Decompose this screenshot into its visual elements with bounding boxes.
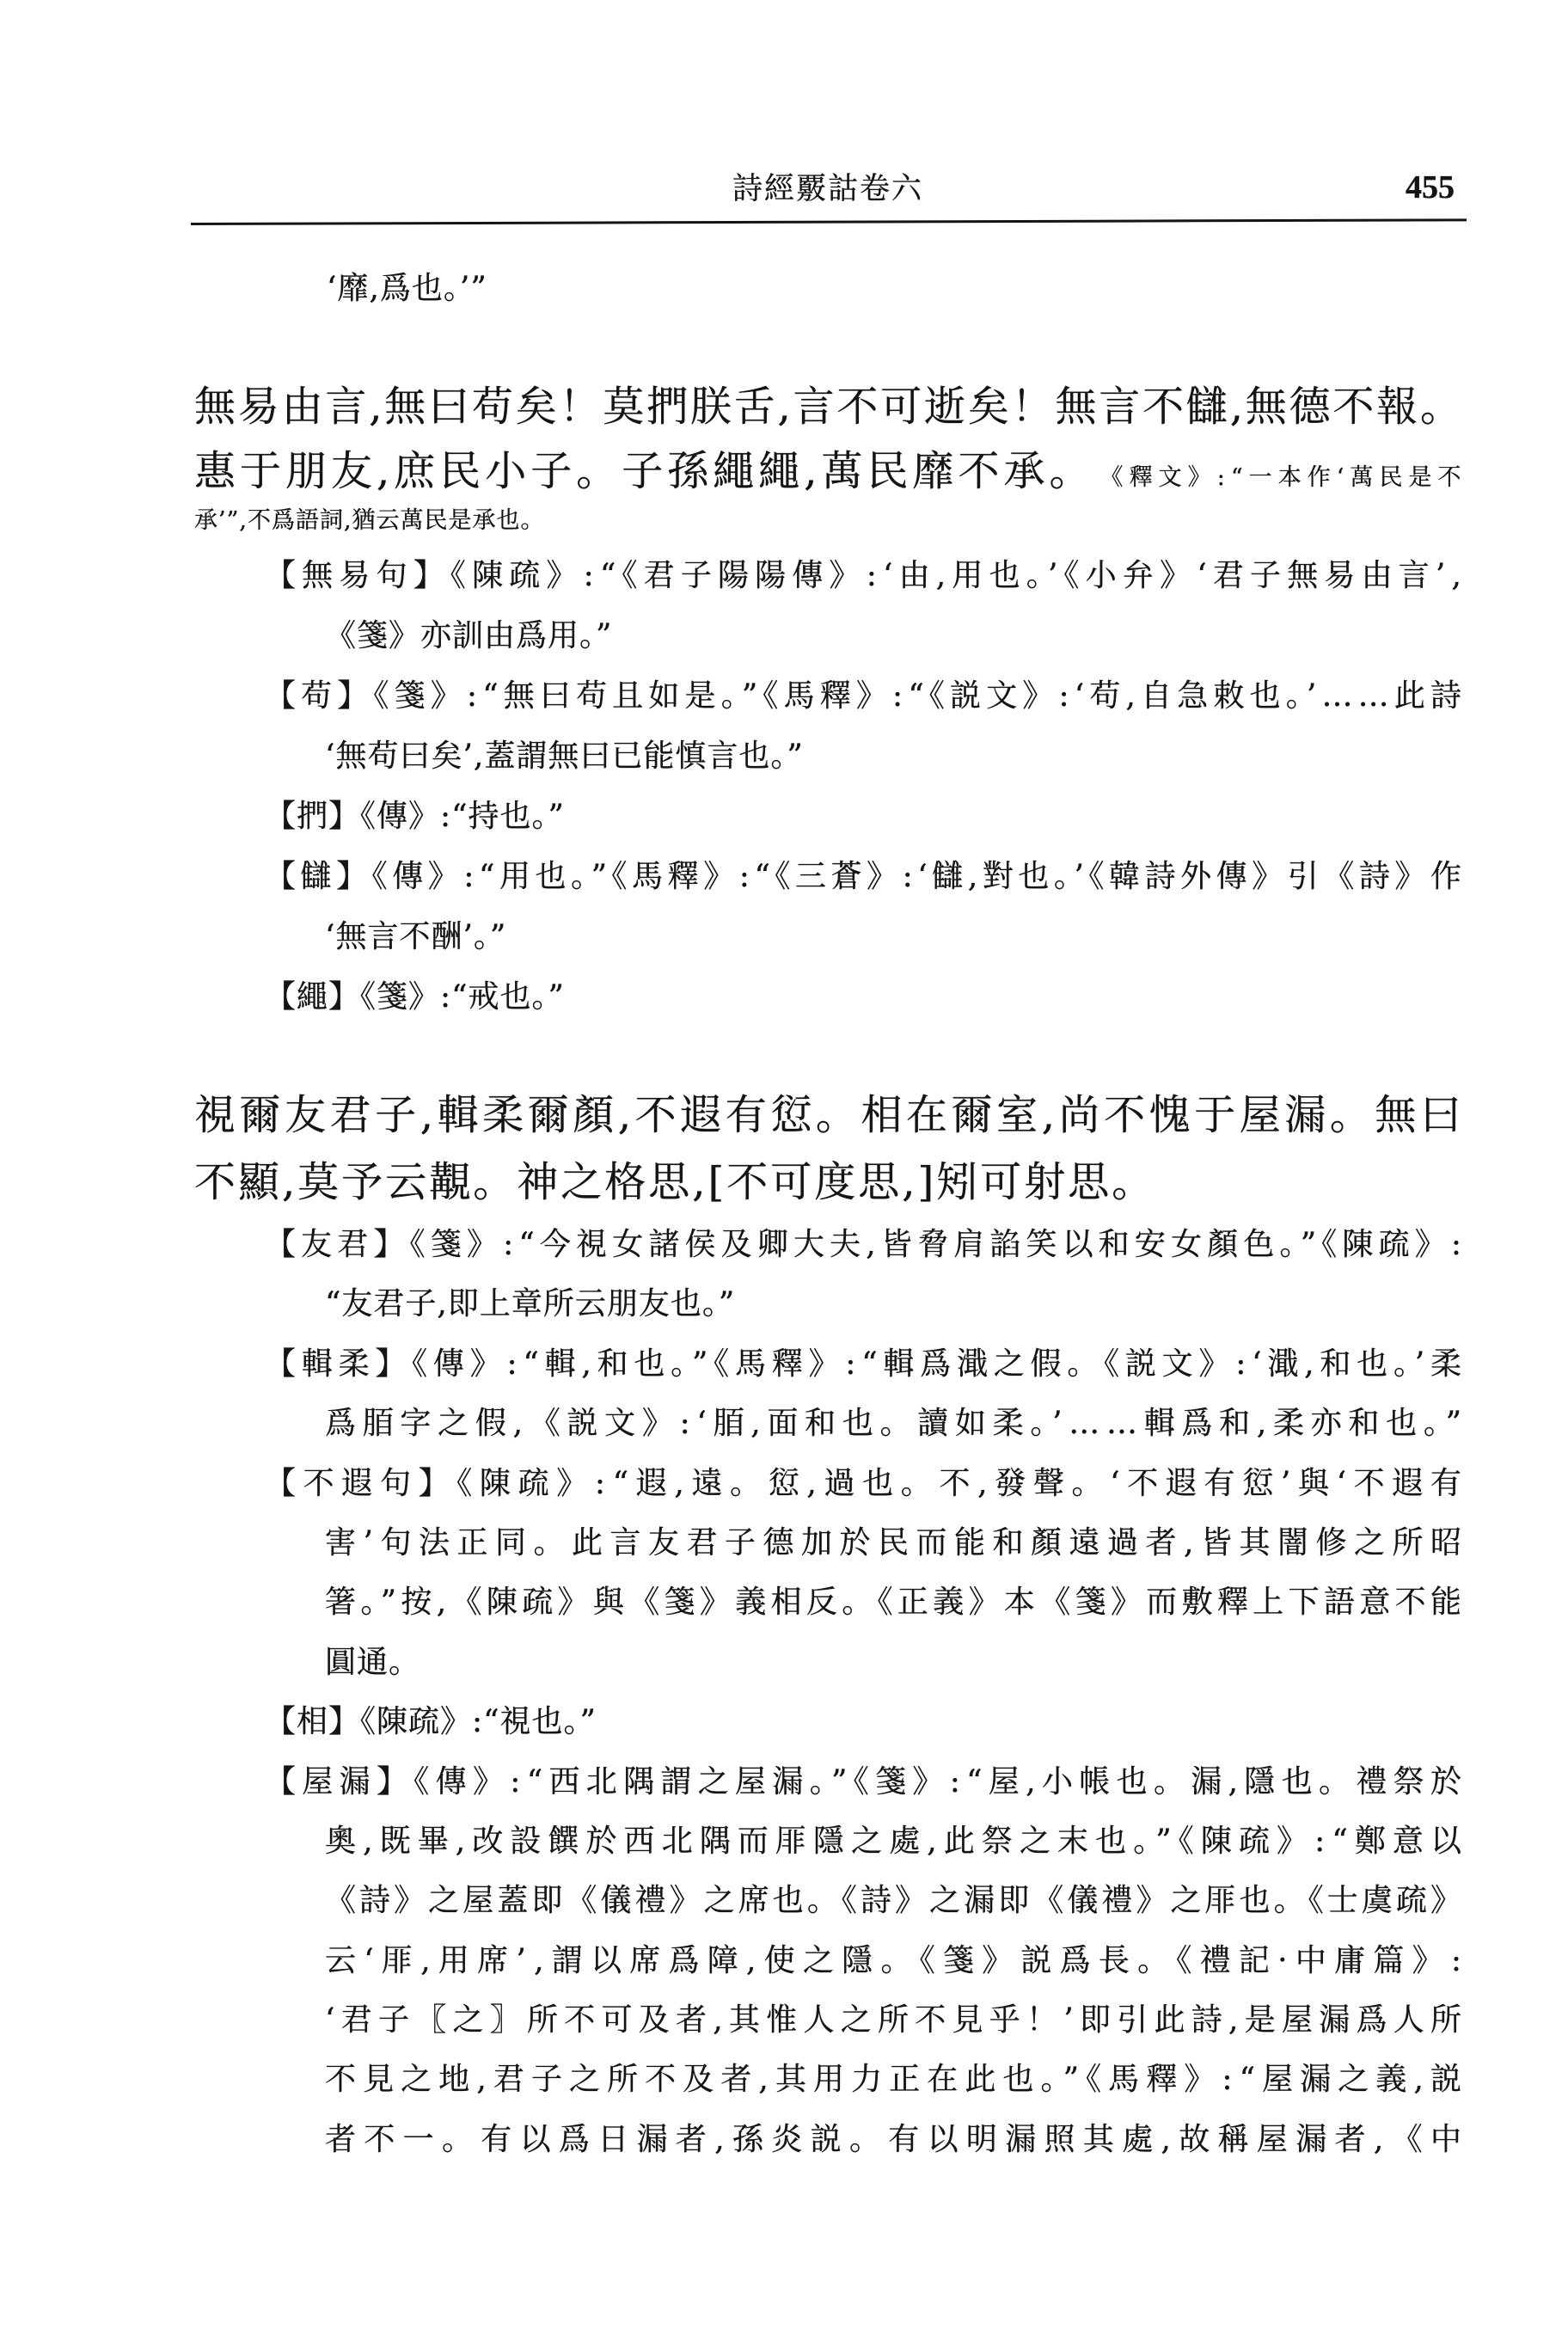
annotation-entry: 【相】《陳疏》:“視也。” [265, 1692, 1461, 1751]
annotation-term: 【苟】 [265, 678, 373, 714]
verse-line: 惠于朋友,庶民小子。子孫繩繩,萬民靡不承。 《釋文》:“一本作‘萬民是不 [194, 439, 1461, 504]
line-text: 視爾友君子,輯柔爾顏,不遐有愆。相在爾室,尚不愧于屋漏。無曰 [194, 1082, 1466, 1149]
line-text: 《陳疏》:“遐,遠。愆,過也。不,發聲。‘不遐有愆’與‘不遐有 [456, 1466, 1468, 1501]
verse-line: 不顯,莫予云覯。神之格思,[不可度思,]矧可射思。 [194, 1149, 1461, 1216]
header-rule [191, 218, 1467, 225]
annotation-line: ‘靡,爲也。’” [327, 267, 1461, 310]
line-text: 云‘厞,用席’,謂以席爲障,使之隱。《箋》説爲長。《禮記·中庸篇》: [325, 1931, 1469, 1990]
stanza-2-annotations: 【友君】《箋》:“今視女諸侯及卿大夫,皆脅肩諂笑以和安女顏色。”《陳疏》: “友… [265, 1215, 1461, 2169]
line-text: ‘無苟曰矣’,蓋謂無曰已能慎言也。” [325, 727, 804, 787]
line-text: 《陳疏》:“視也。” [360, 1704, 597, 1739]
running-title: 詩經覈詁卷六 [194, 167, 1461, 212]
line-text: 惠于朋友,庶民小子。子孫繩繩,萬民靡不承。 [194, 439, 1095, 504]
annotation-entry: 【繩】《箋》:“戒也。” [265, 967, 1461, 1027]
line-text: 箸。”按,《陳疏》與《箋》義相反。《正義》本《箋》而敷釋上下語意不能 [325, 1573, 1466, 1632]
annotation-line: 【無易句】《陳疏》:“《君子陽陽傳》:‘由,用也。’《小弁》‘君子無易由言’, [265, 546, 1461, 606]
annotation-line: 圓通。 [325, 1633, 1461, 1692]
annotation-line: 害’句法正同。此言友君子德加於民而能和顏遠過者,皆其闇修之所昭 [325, 1513, 1461, 1573]
line-text: 圓通。 [325, 1633, 420, 1692]
annotation-entry: 【讎】《傳》:“用也。”《馬釋》:“《三蒼》:‘讎,對也。’《韓詩外傳》引《詩》… [265, 847, 1461, 967]
annotation-line: 《詩》之屋蓋即《儀禮》之席也。《詩》之漏即《儀禮》之厞也。《士虞疏》 [325, 1871, 1461, 1930]
inline-note-continuation: 承’”,不爲語詞,猶云萬民是承也。 [194, 504, 1461, 538]
line-content: 【相】《陳疏》:“視也。” [265, 1692, 597, 1751]
line-text: 害’句法正同。此言友君子德加於民而能和顏遠過者,皆其闇修之所昭 [325, 1513, 1469, 1573]
page-number: 455 [1341, 165, 1455, 210]
annotation-term: 【不遐句】 [265, 1466, 456, 1501]
line-text: 者不一。有以爲日漏者,孫炎説。有以明漏照其處,故稱屋漏者,《中 [325, 2110, 1469, 2169]
annotation-line: 【繩】《箋》:“戒也。” [265, 967, 1461, 1027]
annotation-entry: 【屋漏】《傳》:“西北隅謂之屋漏。”《箋》:“屋,小帳也。漏,隱也。禮祭於 奧,… [265, 1752, 1461, 2170]
line-text: “友君子,即上章所云朋友也。” [325, 1274, 735, 1334]
annotation-entry: 【捫】《傳》:“持也。” [265, 787, 1461, 847]
line-text: 《傳》:“持也。” [360, 799, 565, 834]
annotation-term: 【輯柔】 [265, 1346, 412, 1382]
line-content: 【苟】《箋》:“無曰苟且如是。”《馬釋》:“《説文》:‘苟,自急敕也。’……此詩 [265, 666, 1467, 727]
stanza-2-verse: 視爾友君子,輯柔爾顏,不遐有愆。相在爾室,尚不愧于屋漏。無曰 不顯,莫予云覯。神… [194, 1082, 1461, 1216]
line-text: 無易由言,無曰苟矣！莫捫朕舌,言不可逝矣！無言不讎,無德不報。 [194, 375, 1464, 439]
annotation-term: 【無易句】 [265, 558, 450, 593]
inline-note: 《釋文》:“一本作‘萬民是不 [1100, 445, 1461, 510]
annotation-entry: 【無易句】《陳疏》:“《君子陽陽傳》:‘由,用也。’《小弁》‘君子無易由言’, … [265, 546, 1461, 666]
annotation-term: 【友君】 [265, 1227, 410, 1262]
note-text: 《釋文》:“一本作‘萬民是不 [1100, 445, 1467, 510]
line-text: 《箋》:“無曰苟且如是。”《馬釋》:“《説文》:‘苟,自急敕也。’……此詩 [373, 678, 1467, 714]
annotation-line: 【相】《陳疏》:“視也。” [265, 1692, 1461, 1751]
line-content: 【友君】《箋》:“今視女諸侯及卿大夫,皆脅肩諂笑以和安女顏色。”《陳疏》: [265, 1215, 1467, 1274]
stanza-1-verse: 無易由言,無曰苟矣！莫捫朕舌,言不可逝矣！無言不讎,無德不報。 惠于朋友,庶民小… [194, 375, 1461, 504]
annotation-line: 箸。”按,《陳疏》與《箋》義相反。《正義》本《箋》而敷釋上下語意不能 [325, 1573, 1461, 1632]
line-text: 《傳》:“輯,和也。”《馬釋》:“輯爲濈之假。《説文》:‘濈,和也。’柔 [412, 1346, 1467, 1382]
annotation-line: ‘無言不酬’。” [325, 907, 1461, 967]
line-text: 《箋》:“戒也。” [360, 979, 565, 1015]
annotation-entry: 【不遐句】《陳疏》:“遐,遠。愆,過也。不,發聲。‘不遐有愆’與‘不遐有 害’句… [265, 1454, 1461, 1693]
annotation-line: 【讎】《傳》:“用也。”《馬釋》:“《三蒼》:‘讎,對也。’《韓詩外傳》引《詩》… [265, 847, 1461, 907]
line-content: 【讎】《傳》:“用也。”《馬釋》:“《三蒼》:‘讎,對也。’《韓詩外傳》引《詩》… [265, 847, 1467, 907]
stanza-1-annotations: 【無易句】《陳疏》:“《君子陽陽傳》:‘由,用也。’《小弁》‘君子無易由言’, … [265, 546, 1461, 1027]
verse-line: 無易由言,無曰苟矣！莫捫朕舌,言不可逝矣！無言不讎,無德不報。 [194, 375, 1461, 439]
annotation-line: 不見之地,君子之所不及者,其用力正在此也。”《馬釋》:“屋漏之義,説 [325, 2050, 1461, 2109]
line-text: 《詩》之屋蓋即《儀禮》之席也。《詩》之漏即《儀禮》之厞也。《士虞疏》 [325, 1871, 1465, 1930]
line-text: ‘君子〖之〗所不可及者,其惟人之所不見乎！’即引此詩,是屋漏爲人所 [325, 1990, 1467, 2050]
note-line: 承’”,不爲語詞,猶云萬民是承也。 [194, 504, 1461, 538]
annotation-line: 【友君】《箋》:“今視女諸侯及卿大夫,皆脅肩諂笑以和安女顏色。”《陳疏》: [265, 1215, 1461, 1274]
annotation-line: ‘無苟曰矣’,蓋謂無曰已能慎言也。” [325, 727, 1461, 787]
annotation-line: 【屋漏】《傳》:“西北隅謂之屋漏。”《箋》:“屋,小帳也。漏,隱也。禮祭於 [265, 1752, 1461, 1812]
line-text: ‘靡,爲也。’” [327, 267, 487, 310]
line-text: 奧,既畢,改設饌於西北隅而厞隱之處,此祭之末也。”《陳疏》:“鄭意以 [325, 1812, 1468, 1871]
line-text: ‘無言不酬’。” [325, 907, 506, 967]
book-page: 詩經覈詁卷六 455 ‘靡,爲也。’” 無易由言,無曰苟矣！莫捫朕舌,言不可逝矣… [0, 0, 1568, 2336]
line-content: 【繩】《箋》:“戒也。” [265, 967, 565, 1027]
line-content: 【屋漏】《傳》:“西北隅謂之屋漏。”《箋》:“屋,小帳也。漏,隱也。禮祭於 [265, 1752, 1467, 1812]
line-text: 《傳》:“用也。”《馬釋》:“《三蒼》:‘讎,對也。’《韓詩外傳》引《詩》作 [372, 859, 1467, 894]
annotation-entry: 【友君】《箋》:“今視女諸侯及卿大夫,皆脅肩諂笑以和安女顏色。”《陳疏》: “友… [265, 1215, 1461, 1334]
annotation-term: 【屋漏】 [265, 1764, 413, 1800]
line-content: 【不遐句】《陳疏》:“遐,遠。愆,過也。不,發聲。‘不遐有愆’與‘不遐有 [265, 1454, 1469, 1513]
annotation-line: ‘君子〖之〗所不可及者,其惟人之所不見乎！’即引此詩,是屋漏爲人所 [325, 1990, 1461, 2050]
line-content: 【無易句】《陳疏》:“《君子陽陽傳》:‘由,用也。’《小弁》‘君子無易由言’, [265, 546, 1467, 606]
annotation-term: 【相】 [265, 1704, 360, 1739]
line-text: 爲脜字之假,《説文》:‘脜,面和也。讀如柔。’……輯爲和,柔亦和也。” [325, 1394, 1468, 1453]
verse-line: 視爾友君子,輯柔爾顏,不遐有愆。相在爾室,尚不愧于屋漏。無曰 [194, 1082, 1461, 1149]
annotation-term: 【讎】 [265, 859, 372, 894]
line-content: 【捫】《傳》:“持也。” [265, 787, 565, 847]
annotation-line: 【不遐句】《陳疏》:“遐,遠。愆,過也。不,發聲。‘不遐有愆’與‘不遐有 [265, 1454, 1461, 1513]
annotation-term: 【繩】 [265, 979, 360, 1015]
annotation-term: 【捫】 [265, 799, 360, 834]
annotation-line: 【捫】《傳》:“持也。” [265, 787, 1461, 847]
annotation-entry: 【苟】《箋》:“無曰苟且如是。”《馬釋》:“《説文》:‘苟,自急敕也。’……此詩… [265, 666, 1461, 787]
note-text: 承’”,不爲語詞,猶云萬民是承也。 [194, 504, 545, 538]
annotation-entry: 【輯柔】《傳》:“輯,和也。”《馬釋》:“輯爲濈之假。《説文》:‘濈,和也。’柔… [265, 1334, 1461, 1454]
carryover-annotation: ‘靡,爲也。’” [327, 267, 1461, 310]
line-text: 不顯,莫予云覯。神之格思,[不可度思,]矧可射思。 [194, 1149, 1155, 1216]
line-text: 《箋》:“今視女諸侯及卿大夫,皆脅肩諂笑以和安女顏色。”《陳疏》: [410, 1227, 1467, 1262]
annotation-line: 【輯柔】《傳》:“輯,和也。”《馬釋》:“輯爲濈之假。《説文》:‘濈,和也。’柔 [265, 1334, 1461, 1394]
annotation-line: 爲脜字之假,《説文》:‘脜,面和也。讀如柔。’……輯爲和,柔亦和也。” [325, 1394, 1461, 1453]
annotation-line: “友君子,即上章所云朋友也。” [325, 1274, 1461, 1334]
line-text: 不見之地,君子之所不及者,其用力正在此也。”《馬釋》:“屋漏之義,説 [325, 2050, 1468, 2109]
annotation-line: 【苟】《箋》:“無曰苟且如是。”《馬釋》:“《説文》:‘苟,自急敕也。’……此詩 [265, 666, 1461, 727]
line-text: 《傳》:“西北隅謂之屋漏。”《箋》:“屋,小帳也。漏,隱也。禮祭於 [413, 1764, 1467, 1800]
annotation-line: 奧,既畢,改設饌於西北隅而厞隱之處,此祭之末也。”《陳疏》:“鄭意以 [325, 1812, 1461, 1871]
line-text: 《箋》亦訓由爲用。” [325, 606, 612, 666]
annotation-line: 者不一。有以爲日漏者,孫炎説。有以明漏照其處,故稱屋漏者,《中 [325, 2110, 1461, 2169]
line-text: 《陳疏》:“《君子陽陽傳》:‘由,用也。’《小弁》‘君子無易由言’, [450, 558, 1467, 593]
annotation-line: 云‘厞,用席’,謂以席爲障,使之隱。《箋》説爲長。《禮記·中庸篇》: [325, 1931, 1461, 1990]
annotation-line: 《箋》亦訓由爲用。” [325, 606, 1461, 666]
line-content: 【輯柔】《傳》:“輯,和也。”《馬釋》:“輯爲濈之假。《説文》:‘濈,和也。’柔 [265, 1334, 1467, 1394]
